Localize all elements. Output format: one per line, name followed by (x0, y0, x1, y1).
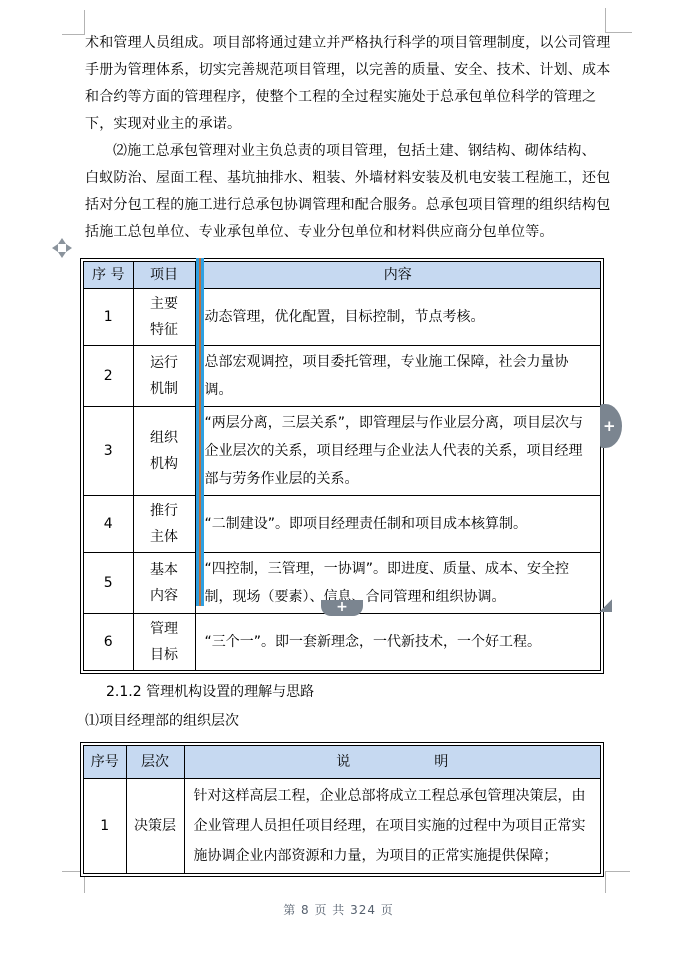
document-page: 术和管理人员组成。项目部将通过建立并严格执行科学的项目管理制度，以公司管理 手册… (0, 0, 677, 955)
table-header-row: 序号 层次 说 明 (84, 746, 600, 779)
arrow-down-icon (58, 252, 66, 258)
cell-no: 2 (84, 345, 133, 406)
cell-content: “三个一”。即一套新理念，一代新技术，一个好工程。 (195, 613, 600, 670)
paragraph-2-line: 括对分包工程的施工进行总承包协调管理和配合服务。总承包项目管理的组织结构包 (85, 192, 607, 219)
column-resize-guide[interactable] (196, 258, 204, 606)
paragraph-1-line: 和合约等方面的管理程序，使整个工程的全过程实施处于总承包单位科学的管理之 (85, 84, 607, 111)
paragraph-1-line: 术和管理人员组成。项目部将通过建立并严格执行科学的项目管理制度，以公司管理 (85, 30, 607, 57)
paragraph-1-line: 手册为管理体系，切实完善规范项目管理，以完善的质量、安全、技术、计划、成本 (85, 57, 607, 84)
cell-desc: 针对这样高层工程，企业总部将成立工程总承包管理决策层，由企业管理人员担任项目经理… (184, 779, 600, 874)
cell-level: 决策层 (126, 779, 184, 874)
table-move-handle-icon[interactable] (52, 238, 72, 258)
cell-content: “二制建设”。即项目经理责任制和项目成本核算制。 (195, 495, 600, 552)
margin-crop-mark-top-right (605, 8, 632, 33)
section-heading: 2.1.2 管理机构设置的理解与思路 (85, 679, 605, 705)
table-row: 2 运行 机制 总部宏观调控，项目委托管理，专业施工保障，社会力量协调。 (84, 345, 600, 406)
table-header-row: 序 号 项目 内容 (84, 262, 600, 288)
side-flyout-plus-button[interactable]: + (600, 404, 622, 448)
cell-no: 3 (84, 406, 133, 495)
arrow-left-icon (52, 244, 58, 252)
cell-no: 5 (84, 552, 133, 613)
table-row: 4 推行 主体 “二制建设”。即项目经理责任制和项目成本核算制。 (84, 495, 600, 552)
cell-item: 主要 特征 (133, 288, 195, 345)
table-row: 1 决策层 针对这样高层工程，企业总部将成立工程总承包管理决策层，由企业管理人员… (84, 779, 600, 874)
table-row: 1 主要 特征 动态管理，优化配置，目标控制，节点考核。 (84, 288, 600, 345)
body-text: 术和管理人员组成。项目部将通过建立并严格执行科学的项目管理制度，以公司管理 手册… (85, 30, 607, 246)
cell-no: 1 (84, 288, 133, 345)
arrow-right-icon (66, 244, 72, 252)
header-cell-no: 序 号 (84, 262, 133, 288)
cell-no: 6 (84, 613, 133, 670)
page-number-footer: 第 8 页 共 324 页 (0, 901, 677, 918)
add-row-button[interactable]: + (321, 600, 363, 616)
plus-icon: + (603, 417, 616, 435)
cell-item: 运行 机制 (133, 345, 195, 406)
plus-icon: + (336, 599, 348, 615)
table-organization-levels: 序号 层次 说 明 1 决策层 针对这样高层工程，企业总部将成立工程总承包管理决… (80, 742, 604, 877)
header-cell-no: 序号 (84, 746, 126, 779)
table-row: 3 组织 机构 “两层分离，三层关系”，即管理层与作业层分离，项目层次与企业层次… (84, 406, 600, 495)
header-cell-level: 层次 (126, 746, 184, 779)
cell-content: “四控制，三管理，一协调”。即进度、质量、成本、安全控制，现场（要素）、信息、合… (195, 552, 600, 613)
paragraph-2-line: ⑵施工总承包管理对业主负总责的项目管理，包括土建、钢结构、砌体结构、 (85, 138, 607, 165)
table-row: 6 管理 目标 “三个一”。即一套新理念，一代新技术，一个好工程。 (84, 613, 600, 670)
cell-no: 4 (84, 495, 133, 552)
header-cell-desc: 说 明 (184, 746, 600, 779)
table-resize-grip[interactable] (599, 599, 612, 612)
cell-item: 组织 机构 (133, 406, 195, 495)
paragraph-1-line: 下，实现对业主的承诺。 (85, 111, 607, 138)
cell-content: “两层分离，三层关系”，即管理层与作业层分离，项目层次与企业层次的关系，项目经理… (195, 406, 600, 495)
header-cell-content: 内容 (195, 262, 600, 288)
paragraph-2-line: 白蚁防治、屋面工程、基坑抽排水、粗装、外墙材料安装及机电安装工程施工，还包 (85, 165, 607, 192)
margin-crop-mark-bottom-right (605, 871, 630, 893)
cell-content: 动态管理，优化配置，目标控制，节点考核。 (195, 288, 600, 345)
cell-item: 推行 主体 (133, 495, 195, 552)
cell-content: 总部宏观调控，项目委托管理，专业施工保障，社会力量协调。 (195, 345, 600, 406)
sub-heading: ⑴项目经理部的组织层次 (85, 708, 605, 734)
cell-no: 1 (84, 779, 126, 874)
paragraph-2-line: 括施工总包单位、专业承包单位、专业分包单位和材料供应商分包单位等。 (85, 219, 607, 246)
cell-item: 基本 内容 (133, 552, 195, 613)
arrow-up-icon (58, 238, 66, 244)
header-cell-item: 项目 (133, 262, 195, 288)
margin-crop-mark-top-left (62, 10, 85, 35)
cell-item: 管理 目标 (133, 613, 195, 670)
